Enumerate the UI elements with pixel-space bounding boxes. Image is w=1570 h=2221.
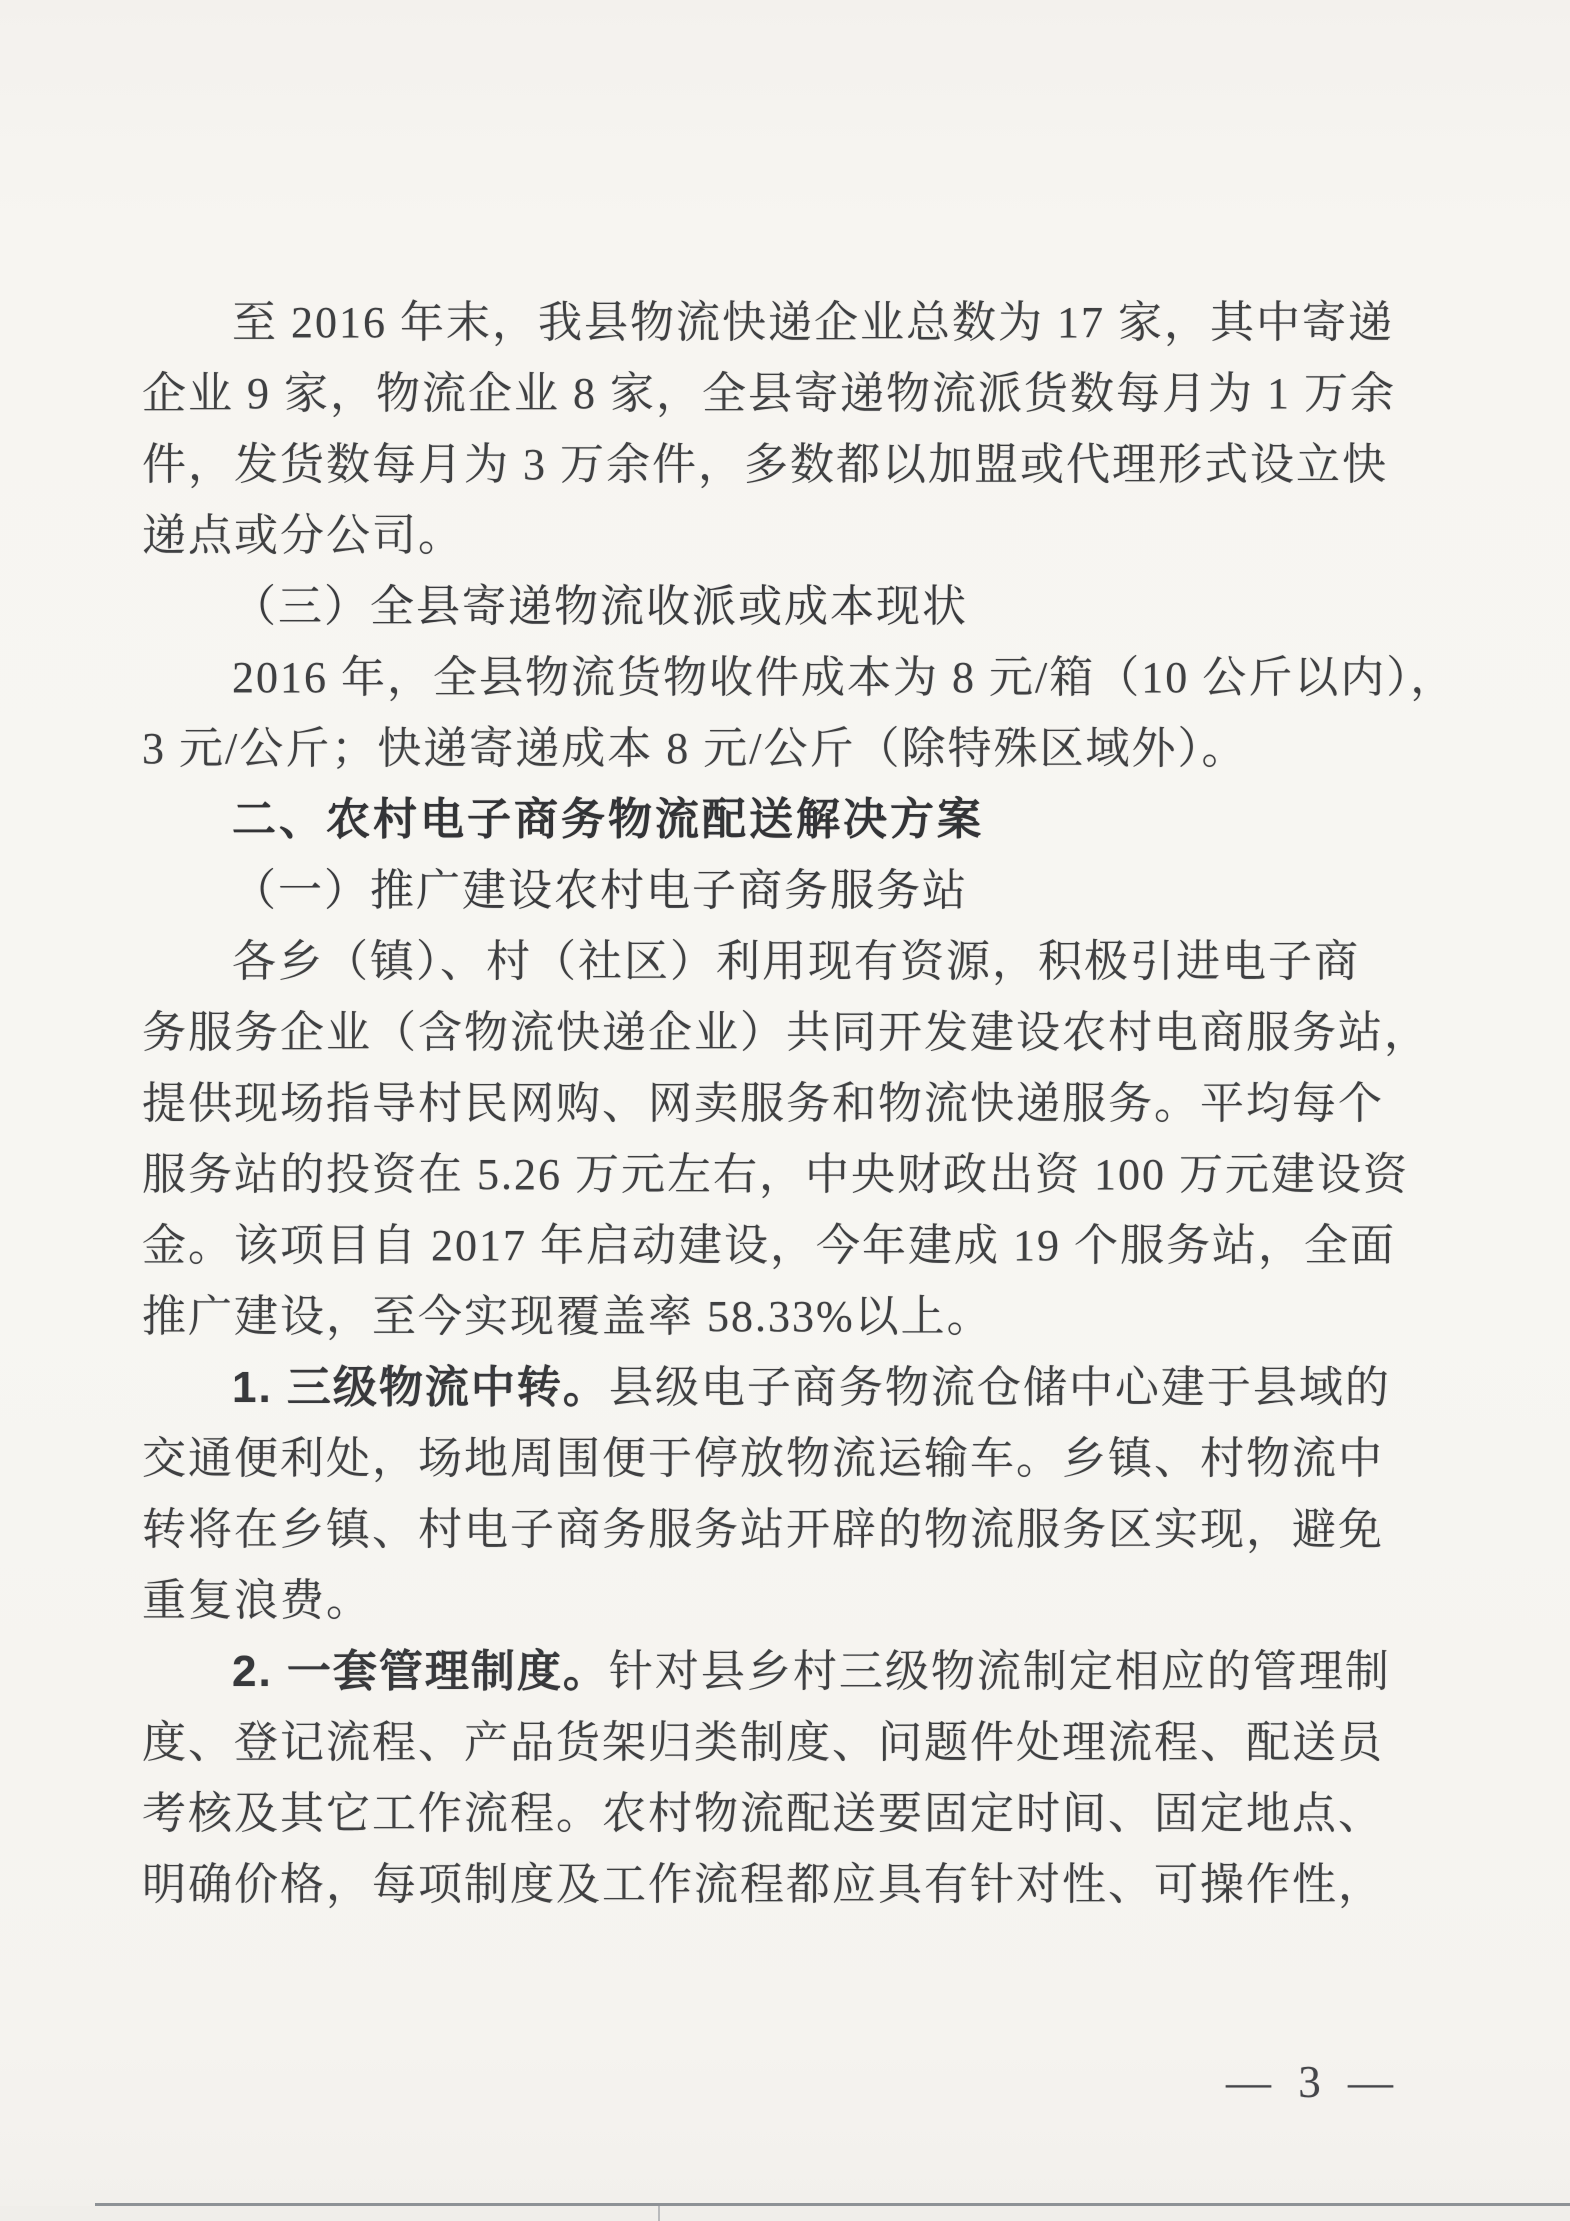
text-line: 2016 年，全县物流货物收件成本为 8 元/箱（10 公斤以内）， [142,642,1447,713]
text-line: 考核及其它工作流程。农村物流配送要固定时间、固定地点、 [142,1778,1447,1849]
page-number: — 3 — [1226,2056,1401,2108]
text-line: 转将在乡镇、村电子商务服务站开辟的物流服务区实现，避免 [142,1494,1447,1565]
text-line: 务服务企业（含物流快递企业）共同开发建设农村电商服务站， [142,997,1447,1068]
text-line: 至 2016 年末，我县物流快递企业总数为 17 家，其中寄递 [142,287,1447,358]
chapter-heading-2: 二、农村电子商务物流配送解决方案 [142,784,1447,855]
section-heading-1: （一）推广建设农村电子商务服务站 [142,855,1447,926]
numbered-item-1-text: 县级电子商务物流仓储中心建于县域的 [609,1363,1391,1412]
text-line: 件，发货数每月为 3 万余件，多数都以加盟或代理形式设立快 [142,429,1447,500]
numbered-item-1-lead: 1. 三级物流中转。 [232,1363,609,1412]
scan-bottom-edge [0,2206,1570,2221]
numbered-item-2-lead: 2. 一套管理制度。 [232,1647,609,1696]
text-line: 服务站的投资在 5.26 万元左右，中央财政出资 100 万元建设资 [142,1139,1447,1210]
text-line: 推广建设，至今实现覆盖率 58.33%以上。 [142,1281,1447,1352]
document-body: 至 2016 年末，我县物流快递企业总数为 17 家，其中寄递 企业 9 家，物… [142,287,1447,1920]
text-line: 递点或分公司。 [142,500,1447,571]
scan-divider-line [95,2203,1570,2206]
text-line: 明确价格，每项制度及工作流程都应具有针对性、可操作性， [142,1849,1447,1920]
scan-artifact-tick [658,2206,660,2221]
text-line: 提供现场指导村民网购、网卖服务和物流快递服务。平均每个 [142,1068,1447,1139]
text-line: 各乡（镇）、村（社区）利用现有资源，积极引进电子商 [142,926,1447,997]
text-line: 重复浪费。 [142,1565,1447,1636]
text-line: 交通便利处，场地周围便于停放物流运输车。乡镇、村物流中 [142,1423,1447,1494]
text-line: 3 元/公斤；快递寄递成本 8 元/公斤（除特殊区域外）。 [142,713,1447,784]
numbered-item-2-text: 针对县乡村三级物流制定相应的管理制 [609,1647,1391,1696]
numbered-item-1: 1. 三级物流中转。县级电子商务物流仓储中心建于县域的 [142,1352,1447,1423]
scanned-document-page: 至 2016 年末，我县物流快递企业总数为 17 家，其中寄递 企业 9 家，物… [0,0,1570,2221]
text-line: 企业 9 家，物流企业 8 家，全县寄递物流派货数每月为 1 万余 [142,358,1447,429]
text-line: 金。该项目自 2017 年启动建设，今年建成 19 个服务站，全面 [142,1210,1447,1281]
section-heading-3: （三）全县寄递物流收派或成本现状 [142,571,1447,642]
numbered-item-2: 2. 一套管理制度。针对县乡村三级物流制定相应的管理制 [142,1636,1447,1707]
text-line: 度、登记流程、产品货架归类制度、问题件处理流程、配送员 [142,1707,1447,1778]
